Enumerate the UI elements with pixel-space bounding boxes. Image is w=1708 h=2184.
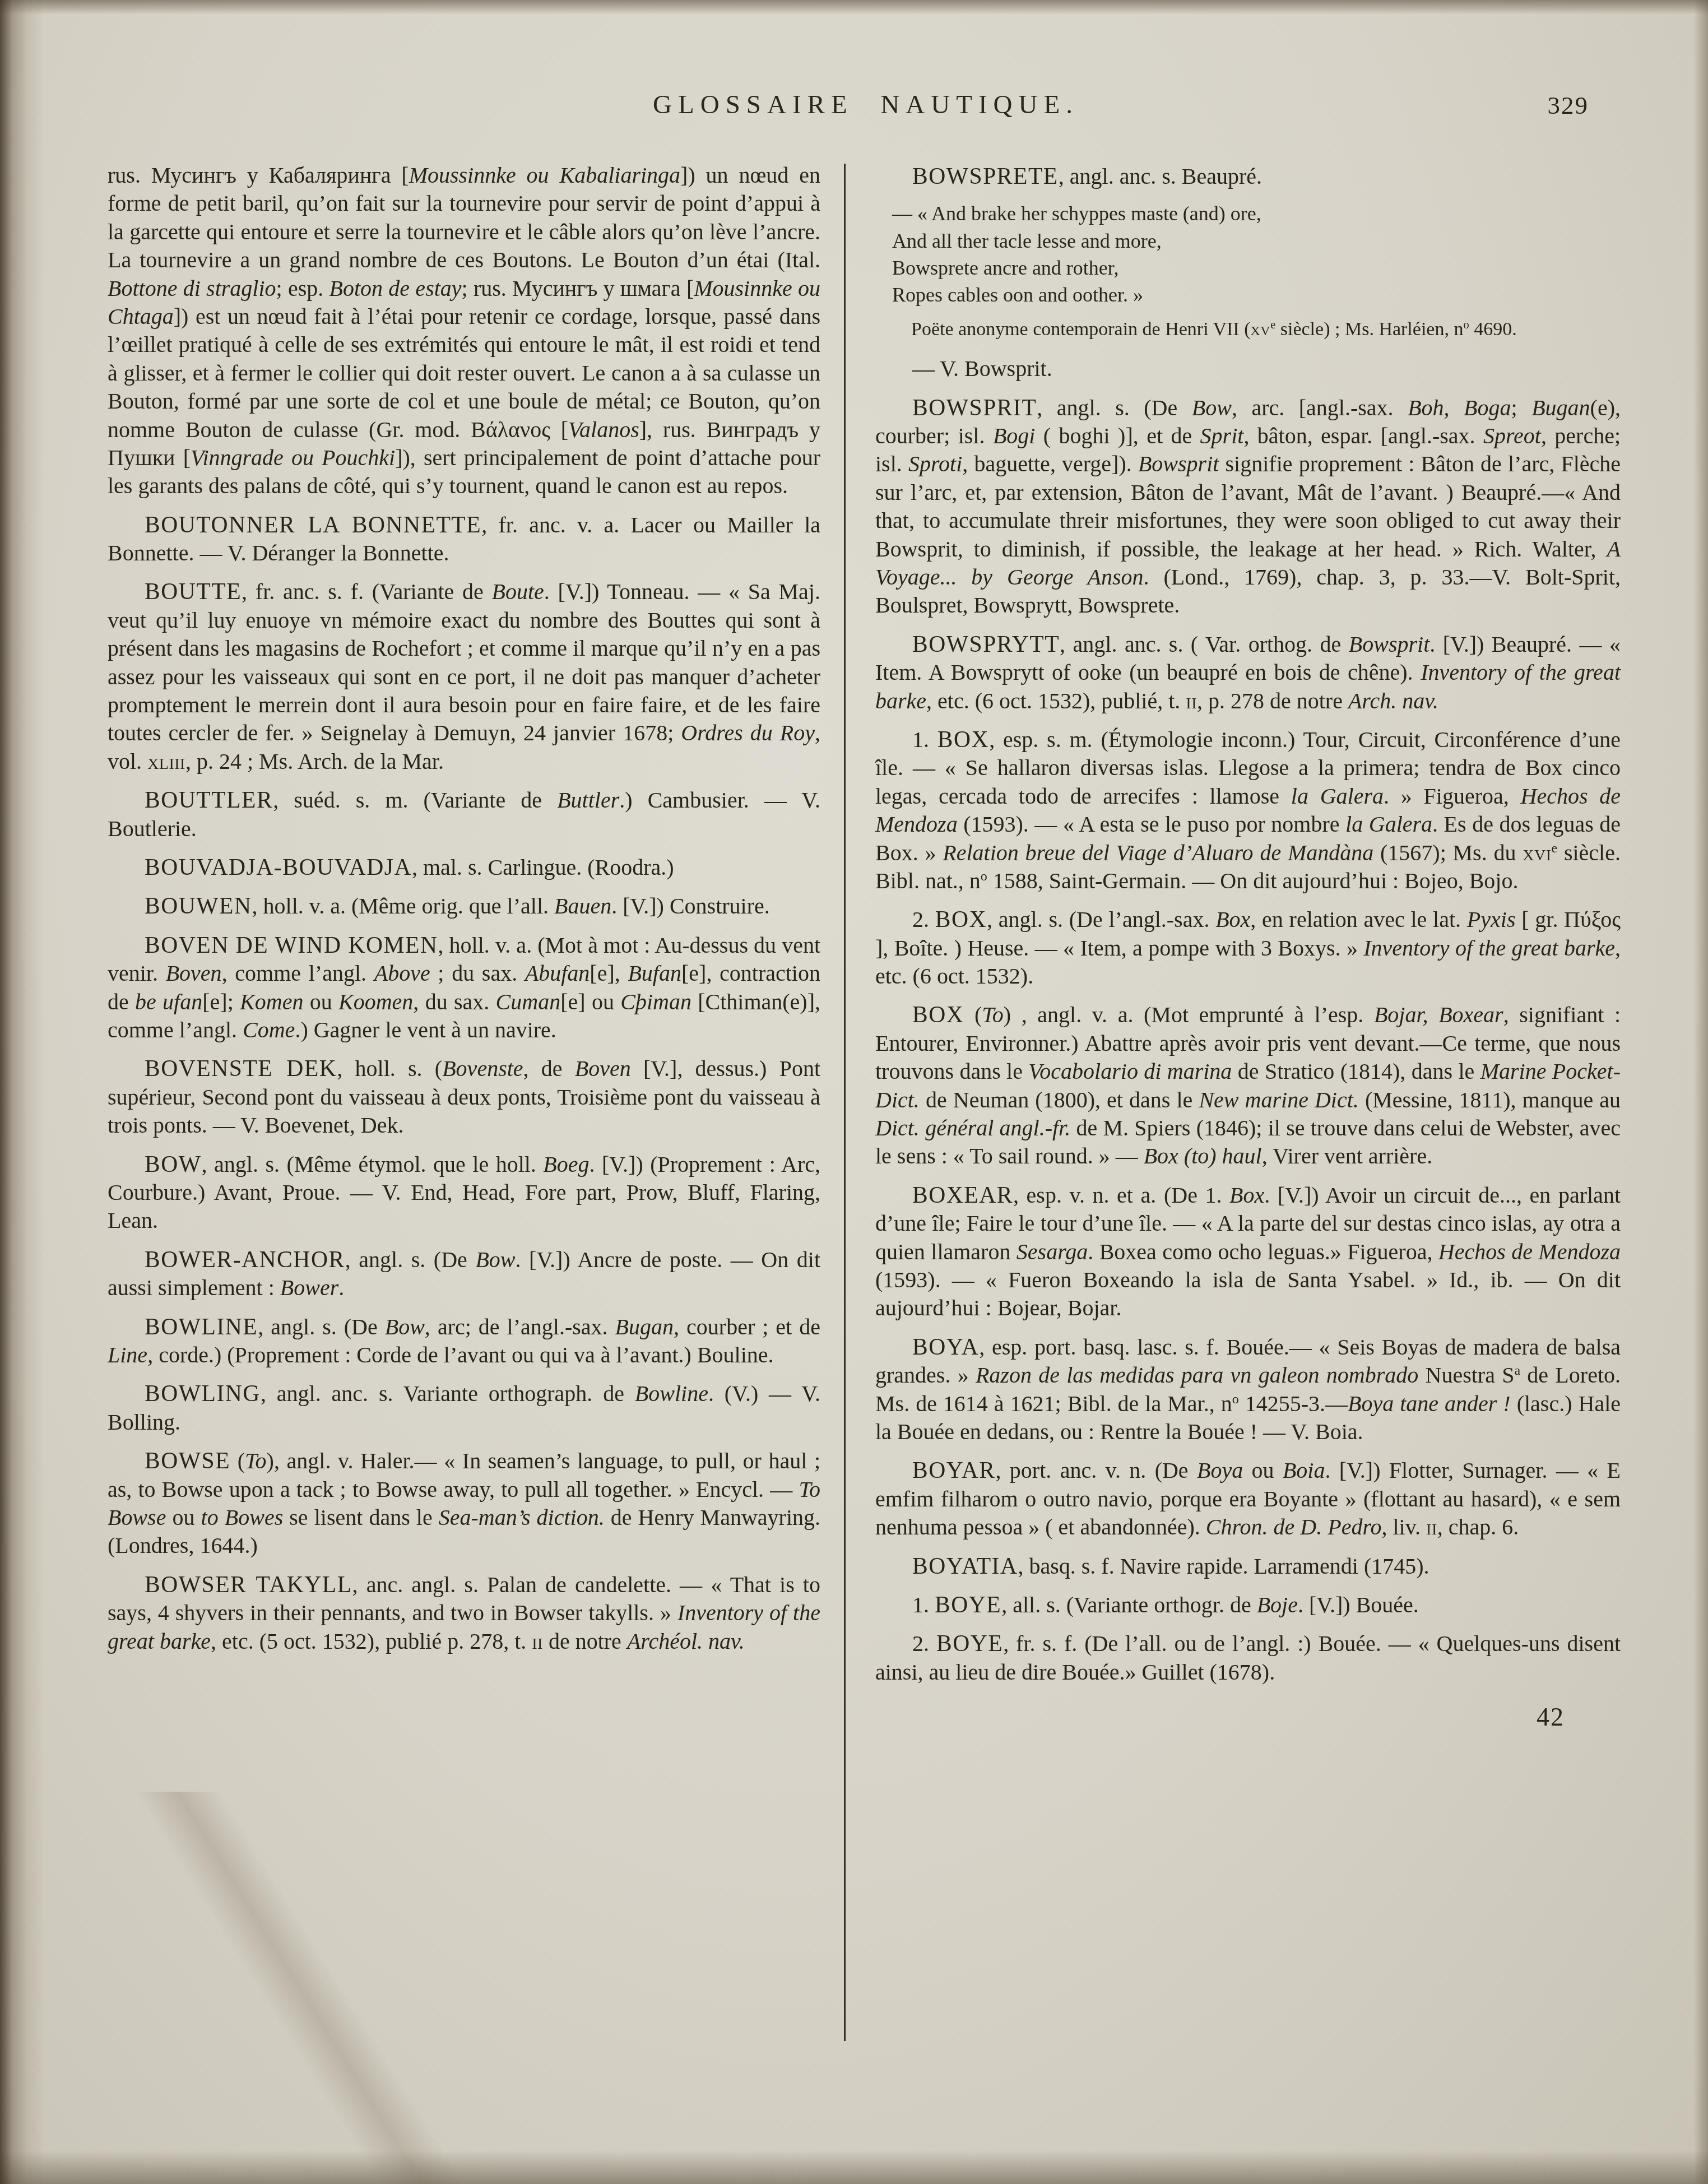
text-run: Cþiman: [620, 989, 691, 1014]
entry-paragraph: BOUTONNER LA BONNETTE, fr. anc. v. a. La…: [108, 510, 820, 568]
text-run: , chap. 6.: [1437, 1514, 1519, 1540]
text-run: , p. 278 de notre: [1197, 688, 1348, 713]
text-run: Spreot: [1483, 423, 1541, 448]
text-run: , holl. s. (: [337, 1056, 442, 1081]
entry-paragraph: BOVEN DE WIND KOMEN, holl. v. a. (Mot à …: [108, 930, 820, 1045]
text-run: , du sax.: [413, 989, 495, 1014]
text-run: (1593). — « A esta se le puso por nombre: [958, 812, 1345, 837]
text-run: BOX: [912, 1001, 964, 1027]
text-run: de Stratico (1814), dans le: [1232, 1059, 1480, 1084]
text-run: ou: [166, 1505, 201, 1530]
signature-number: 42: [875, 1701, 1565, 1733]
text-run: Bugan: [615, 1314, 674, 1339]
text-run: Boh, Boga: [1408, 395, 1511, 420]
entry-paragraph: BOXEAR, esp. v. n. et a. (De 1. Box. [V.…: [875, 1180, 1621, 1323]
text-run: Boeg: [543, 1152, 589, 1177]
text-run: , angl. s. (Même étymol. que le holl.: [202, 1152, 544, 1177]
text-run: BOWSPRETE: [912, 163, 1059, 189]
text-run: Bowsprit: [1138, 451, 1219, 476]
text-run: ou: [303, 989, 338, 1014]
text-run: xv: [1251, 319, 1271, 340]
text-run: Bojar, Boxear: [1374, 1002, 1503, 1027]
text-run: , angl. anc. s. Variante orthograph. de: [261, 1381, 635, 1406]
text-run: BOX: [937, 726, 989, 752]
entry-paragraph: rus. Мусингъ у Кабаляринга [Moussinnke o…: [108, 161, 820, 500]
text-run: , angl. anc. s. Beaupré.: [1059, 164, 1262, 189]
text-run: , mal. s. Carlingue. (Roodra.): [412, 855, 674, 880]
text-run: Bovenste: [442, 1056, 523, 1081]
text-run: Razon de las medidas para vn galeon nomb…: [976, 1362, 1418, 1388]
text-run: Boya tane ander !: [1348, 1391, 1511, 1416]
text-run: de notre: [543, 1629, 627, 1654]
text-run: siècle) ; Ms. Harléien, n: [1275, 319, 1463, 340]
text-run: , angl. anc. s. ( Var. orthog. de: [1060, 632, 1349, 657]
text-run: Buttler: [557, 787, 619, 813]
text-run: , angl. s. (De: [1037, 395, 1191, 420]
text-run: Boya: [1197, 1458, 1243, 1483]
text-run: Vocabolario di marina: [1028, 1059, 1232, 1084]
text-run: , basq. s. f. Navire rapide. Larramendi …: [1018, 1554, 1429, 1579]
text-run: , all. s. (Variante orthogr. de: [1001, 1592, 1256, 1617]
text-run: to Bowes: [201, 1505, 284, 1530]
entry-paragraph: — V. Bowsprit.: [875, 355, 1621, 383]
entry-paragraph: BOWSPRYTT, angl. anc. s. ( Var. orthog. …: [875, 629, 1621, 715]
entry-paragraph: BOWER-ANCHOR, angl. s. (De Bow. [V.]) An…: [108, 1245, 820, 1302]
entry-paragraph: 2. BOYE, fr. s. f. (De l’all. ou de l’an…: [875, 1629, 1621, 1686]
text-run: rus. Мусингъ у Кабаляринга [: [108, 163, 409, 188]
text-run: Bauen: [554, 893, 611, 919]
text-run: , bâton, espar. [angl.-sax.: [1243, 423, 1483, 448]
text-run: Bufan: [628, 961, 681, 986]
text-run: Bow: [385, 1314, 425, 1339]
text-run: BOUWEN: [145, 893, 252, 919]
entry-paragraph: 2. BOX, angl. s. (De l’angl.-sax. Box, e…: [875, 905, 1621, 990]
text-run: BOWSPRIT: [912, 395, 1037, 420]
text-run: , baguette, verge]).: [962, 451, 1138, 476]
text-run: , de: [523, 1056, 575, 1081]
text-run: 1.: [912, 1592, 935, 1617]
text-run: a: [1514, 1364, 1520, 1378]
text-run: , liv.: [1381, 1514, 1426, 1540]
running-title: GLOSSAIRE NAUTIQUE.: [109, 90, 1622, 120]
text-run: Arch. nav.: [1348, 688, 1438, 713]
text-run: 1.: [912, 727, 937, 752]
text-run: ii: [1426, 1514, 1437, 1540]
text-run: [e],: [590, 961, 628, 986]
text-run: Bugan: [1531, 395, 1590, 420]
entry-paragraph: BOWLING, angl. anc. s. Variante orthogra…: [108, 1379, 820, 1436]
text-run: , arc; de l’angl.-sax.: [425, 1314, 615, 1339]
entry-paragraph: BOWLINE, angl. s. (De Bow, arc; de l’ang…: [108, 1312, 820, 1370]
right-column: BOWSPRETE, angl. anc. s. Beaupré.— « And…: [875, 161, 1621, 1733]
entry-paragraph: BOUVADJA-BOUVADJA, mal. s. Carlingue. (R…: [108, 852, 820, 882]
text-run: (Messine, 1811), manque au: [1359, 1087, 1621, 1112]
page-header: GLOSSAIRE NAUTIQUE. 329: [109, 90, 1622, 129]
text-run: Bottone di straglio: [108, 276, 276, 301]
entry-paragraph: BOWSE (To), angl. v. Haler.— « In seamen…: [108, 1446, 820, 1560]
text-run: BOYE: [935, 1592, 1001, 1617]
text-run: Archéol. nav.: [627, 1629, 745, 1654]
text-run: , angl. s. (De: [258, 1314, 384, 1339]
text-run: 14255-3.—: [1239, 1391, 1348, 1416]
text-run: (1567); Ms. du: [1373, 840, 1523, 865]
entry-paragraph: BOX (To) , angl. v. a. (Mot emprunté à l…: [875, 1000, 1621, 1170]
text-run: To: [245, 1448, 267, 1473]
text-run: , corde.) (Proprement : Corde de l’avant…: [147, 1342, 773, 1367]
text-run: (: [230, 1448, 245, 1473]
text-run: de Neuman (1800), et dans le: [920, 1087, 1199, 1112]
text-run: Boton de estay: [329, 276, 462, 301]
text-run: Abufan: [525, 961, 590, 986]
text-run: Boven: [575, 1056, 631, 1081]
text-run: Sea-man’s diction.: [439, 1505, 605, 1530]
text-run: Bower: [280, 1275, 338, 1300]
text-run: BOW: [145, 1151, 202, 1177]
text-run: ii: [532, 1629, 543, 1654]
text-run: .: [338, 1275, 344, 1300]
text-run: . [V.]) Construire.: [611, 893, 770, 919]
text-run: ;: [1511, 395, 1532, 420]
text-run: 2.: [912, 1631, 936, 1656]
entry-paragraph: BOYATIA, basq. s. f. Navire rapide. Larr…: [875, 1551, 1621, 1580]
text-run: — V. Bowsprit.: [912, 356, 1052, 381]
scanned-book-page: GLOSSAIRE NAUTIQUE. 329 rus. Мусингъ у К…: [0, 0, 1708, 2184]
text-run: Poëte anonyme contemporain de Henri VII …: [911, 319, 1251, 340]
text-run: Bowsprit: [1349, 632, 1429, 657]
entry-paragraph: BOWSER TAKYLL, anc. angl. s. Palan de ca…: [108, 1570, 820, 1656]
entry-paragraph: BOUTTE, fr. anc. s. f. (Variante de Bout…: [108, 577, 820, 776]
text-run: , comme l’angl.: [222, 961, 374, 986]
text-run: Bogi: [993, 423, 1036, 448]
text-run: . » Figueroa,: [1384, 783, 1521, 809]
text-run: e: [1270, 319, 1275, 331]
entry-paragraph: BOYA, esp. port. basq. lasc. s. f. Bouée…: [875, 1332, 1621, 1446]
text-run: BOYA: [912, 1334, 979, 1360]
entry-paragraph: 1. BOYE, all. s. (Variante orthogr. de B…: [875, 1590, 1621, 1619]
text-run: ) , angl. v. a. (Mot emprunté à l’esp.: [1004, 1002, 1374, 1027]
text-run: Nuestra S: [1418, 1362, 1514, 1388]
text-run: BOWLING: [145, 1380, 261, 1406]
text-run: , esp. v. n. et a. (De 1.: [1013, 1183, 1229, 1208]
text-run: , en relation avec le lat.: [1250, 907, 1467, 932]
text-run: se lisent dans le: [283, 1505, 439, 1530]
text-run: — « And brake her schyppes maste (and) o…: [892, 202, 1261, 306]
text-run: Ordres du Roy: [681, 720, 815, 745]
entry-paragraph: BOW, angl. s. (Même étymol. que le holl.…: [108, 1149, 820, 1235]
text-run: la Galera: [1291, 783, 1384, 809]
entry-paragraph: Poëte anonyme contemporain de Henri VII …: [947, 317, 1621, 342]
text-run: o: [1463, 319, 1469, 331]
text-run: 1588, Saint-Germain. — On dit aujourd’hu…: [987, 868, 1519, 893]
entry-paragraph: BOUWEN, holl. v. a. (Même orig. que l’al…: [108, 891, 820, 920]
text-run: BOUTONNER LA BONNETTE: [145, 512, 481, 537]
text-run: BOWSER TAKYLL: [145, 1571, 352, 1597]
text-run: Pyxis: [1467, 907, 1516, 932]
text-run: BOUTTLER: [145, 787, 273, 813]
text-run: xvi: [1523, 840, 1551, 865]
text-run: ; rus. Мусингъ у шмага [: [462, 276, 694, 301]
text-run: [e] ou: [560, 989, 620, 1014]
left-column: rus. Мусингъ у Кабаляринга [Moussinnke o…: [108, 161, 820, 1665]
column-divider-rule: [844, 164, 846, 2041]
text-run: 2.: [912, 907, 935, 932]
entry-paragraph: 1. BOX, esp. s. m. (Étymologie inconn.) …: [875, 725, 1621, 895]
text-run: . Boxea como ocho leguas.» Figueroa,: [1088, 1239, 1438, 1264]
text-run: , holl. v. a. (Même orig. que l’all.: [252, 893, 555, 919]
text-run: ( boghi )], et de: [1035, 423, 1200, 448]
text-run: BOWLINE: [145, 1314, 258, 1339]
text-run: Boute: [492, 579, 544, 604]
entry-paragraph: BOVENSTE DEK, holl. s. (Bovenste, de Bov…: [108, 1054, 820, 1139]
text-run: , angl. s. (De l’angl.-sax.: [987, 907, 1215, 932]
page-number: 329: [1548, 91, 1589, 120]
text-run: Boven: [166, 961, 222, 986]
text-run: (1593). — « Fueron Boxeando la isla de S…: [875, 1267, 1621, 1320]
text-run: e: [1552, 841, 1558, 855]
entry-paragraph: BOWSPRETE, angl. anc. s. Beaupré.: [875, 161, 1621, 191]
text-run: o: [981, 869, 987, 884]
text-run: Inventory of the great barke: [1363, 935, 1615, 961]
text-run: Sprit: [1200, 423, 1244, 448]
text-run: BOUTTE: [145, 578, 242, 604]
text-run: , etc. (6 oct. 1532), publié, t.: [926, 688, 1186, 713]
text-run: Hechos de Mendoza: [1438, 1239, 1621, 1264]
text-run: .) Gagner le vent à un navire.: [295, 1017, 556, 1042]
text-run: , p. 24 ; Ms. Arch. de la Mar.: [185, 749, 444, 774]
text-run: Boje: [1257, 1592, 1298, 1617]
entry-paragraph: BOUTTLER, suéd. s. m. (Variante de Buttl…: [108, 785, 820, 843]
text-run: BOWSPRYTT: [912, 631, 1060, 657]
text-run: Dict. général angl.-fr.: [875, 1115, 1070, 1140]
text-run: Chron. de D. Pedro: [1206, 1514, 1382, 1540]
text-run: , fr. anc. s. f. (Variante de: [242, 579, 492, 604]
text-run: Koomen: [338, 989, 413, 1014]
text-run: Bowline: [635, 1381, 708, 1406]
text-run: Relation breue del Viage d’Aluaro de Man…: [943, 840, 1373, 865]
text-run: [e];: [202, 989, 240, 1014]
entry-paragraph: BOYAR, port. anc. v. n. (De Boya ou Boia…: [875, 1455, 1621, 1541]
text-run: Moussinnke ou Kabaliaringa: [409, 163, 680, 188]
text-run: . [V.]) Bouée.: [1298, 1592, 1419, 1617]
text-run: Vinngrade ou Pouchki: [191, 445, 395, 470]
entry-paragraph: BOWSPRIT, angl. s. (De Bow, arc. [angl.-…: [875, 393, 1621, 620]
text-run: Komen: [240, 989, 303, 1014]
text-run: ou: [1243, 1458, 1283, 1483]
text-run: Cuman: [496, 989, 561, 1014]
text-run: Sproti: [908, 451, 962, 476]
text-run: Line: [108, 1342, 147, 1367]
text-run: BOX: [935, 906, 987, 932]
text-run: New marine Dict.: [1199, 1087, 1358, 1112]
text-run: To: [982, 1002, 1004, 1027]
text-run: BOWER-ANCHOR: [145, 1246, 345, 1272]
text-run: Bow: [475, 1247, 515, 1272]
text-run: BOVEN DE WIND KOMEN: [145, 932, 438, 958]
text-run: xliii: [147, 749, 185, 774]
text-run: BOYE: [936, 1630, 1003, 1656]
text-run: Box (to) haul: [1144, 1143, 1262, 1168]
text-run: , Virer vent arrière.: [1262, 1143, 1432, 1168]
text-run: BOWSE: [145, 1448, 230, 1473]
text-run: , port. anc. v. n. (De: [996, 1458, 1197, 1483]
text-run: , angl. s. (De: [345, 1247, 476, 1272]
text-run: ii: [1186, 688, 1197, 713]
text-run: , arc. [angl.-sax.: [1232, 395, 1408, 420]
text-run: Box: [1215, 907, 1250, 932]
text-run: , suéd. s. m. (Variante de: [273, 787, 557, 813]
text-run: Boia: [1283, 1458, 1325, 1483]
text-run: be ufan: [135, 989, 202, 1014]
text-run: ; esp.: [276, 276, 329, 301]
text-run: Above: [374, 961, 430, 986]
text-run: BOUVADJA-BOUVADJA: [145, 854, 412, 880]
text-run: Sesarga: [1017, 1239, 1088, 1264]
text-run: BOXEAR: [912, 1182, 1013, 1208]
text-run: Come: [243, 1017, 295, 1042]
text-run: BOYATIA: [912, 1553, 1018, 1579]
text-run: BOVENSTE DEK: [145, 1055, 337, 1081]
text-run: Valanos: [568, 417, 639, 442]
text-run: BOYAR: [912, 1457, 996, 1483]
text-run: ; du sax.: [430, 961, 525, 986]
entry-paragraph: — « And brake her schyppes maste (and) o…: [892, 200, 1621, 308]
text-run: Bow: [1192, 395, 1232, 420]
text-run: Box: [1229, 1183, 1264, 1208]
text-run: , etc. (5 oct. 1532), publié p. 278, t.: [211, 1629, 532, 1654]
text-run: , courber ; et de: [674, 1314, 820, 1339]
text-run: la Galera: [1345, 812, 1432, 837]
text-run: (: [964, 1002, 982, 1027]
text-run: o: [1232, 1392, 1239, 1406]
text-run: 4690.: [1469, 319, 1517, 340]
